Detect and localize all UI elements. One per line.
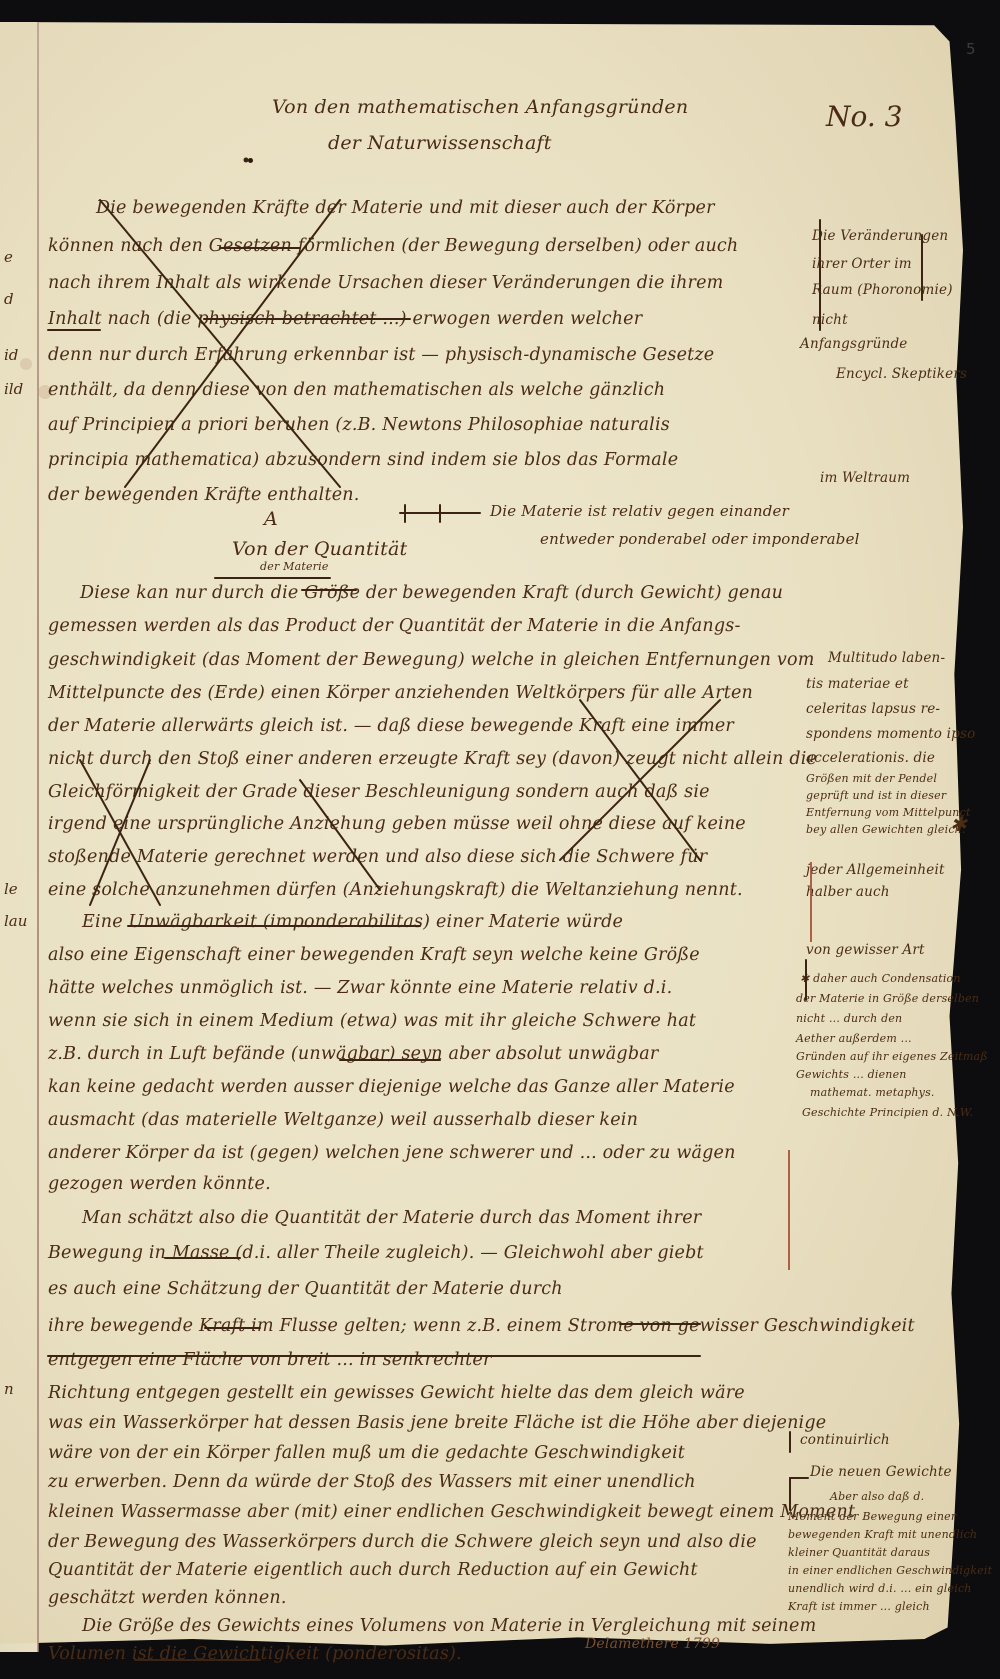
margin-note-line: halber auch [806,884,890,900]
text-line: ausmacht (das materielle Weltganze) weil… [48,1110,638,1130]
margin-note-line: accelerationis. die [806,750,935,766]
text-line: Die bewegenden Kräfte der Materie und mi… [96,198,715,218]
margin-note-line: Größen mit der Pendel [806,772,937,785]
text-line: Inhalt nach (die physisch betrachtet ...… [48,309,642,329]
text-line: kan keine gedacht werden ausser diejenig… [48,1077,735,1097]
text-line: es auch eine Schätzung der Quantität der… [48,1279,563,1299]
text-line: z.B. durch in Luft befände (unwägbar) se… [48,1044,658,1064]
margin-rule [788,1150,790,1270]
margin-note-line: Die neuen Gewichte [810,1464,952,1480]
text-line: Volumen ist die Gewichtigkeit (ponderosi… [48,1644,462,1664]
margin-note-line: bewegenden Kraft mit unendlich [788,1528,977,1541]
margin-note-line: ihrer Orter im [812,256,912,272]
margin-note-line: Aber also daß d. [830,1490,924,1503]
margin-note-line: kleiner Quantität daraus [788,1546,930,1559]
margin-note-line: von gewisser Art [806,942,925,958]
text-line: nicht durch den Stoß einer anderen erzeu… [48,749,817,769]
text-line: Man schätzt also die Quantität der Mater… [82,1208,701,1228]
text-line: entgegen eine Fläche von breit ... in se… [48,1350,492,1370]
text-line: hätte welches unmöglich ist. — Zwar könn… [48,978,672,998]
gutter-rule [37,22,39,1652]
text-line: der bewegenden Kräfte enthalten. [48,485,360,505]
text-line: Richtung entgegen gestellt ein gewisses … [48,1383,745,1403]
text-line: irgend eine ursprüngliche Anziehung gebe… [48,814,746,834]
text-line: Mittelpuncte des (Erde) einen Körper anz… [48,683,753,703]
text-line: Diese kan nur durch die Größe der bewege… [80,583,783,603]
margin-rule [810,862,812,942]
title-line-2: der Naturwissenschaft [328,132,552,154]
heading-side-note-line: Die Materie ist relativ gegen einander [490,502,789,520]
heading-side-note-line: entweder ponderabel oder imponderabel [540,530,860,548]
left-page-fragment: e [4,248,13,266]
margin-note-line: Gewichts ... dienen [796,1068,907,1081]
inline-insert: im Weltraum [820,470,910,486]
margin-note-line: continuirlich [800,1432,890,1448]
margin-note-line: tis materiae et [806,676,909,692]
text-line: Eine Unwägbarkeit (imponderabilitas) ein… [82,912,623,932]
left-page-fragment: d [4,290,14,308]
ink-stain [20,358,32,370]
section-marker: A [264,508,278,530]
text-line: der Bewegung des Wasserkörpers durch die… [48,1532,757,1552]
text-line: wenn sie sich in einem Medium (etwa) was… [48,1011,696,1031]
text-line: Quantität der Materie eigentlich auch du… [48,1560,698,1580]
margin-note-line: in einer endlichen Geschwindigkeit [788,1564,992,1577]
margin-note-line: Encycl. Skeptikers [836,366,967,382]
text-line: principia mathematica) abzusondern sind … [48,450,678,470]
margin-note-line: Kraft ist immer ... gleich [788,1600,930,1613]
text-line: denn nur durch Erfahrung erkennbar ist —… [48,345,714,365]
left-page-fragment: id [4,346,18,364]
margin-note-line: Raum (Phoronomie) [812,282,953,298]
text-line: ihre bewegende Kraft im Flusse gelten; w… [48,1316,915,1336]
margin-note-line: celeritas lapsus re- [806,701,940,717]
margin-note-line: nicht ... durch den [796,1012,902,1025]
margin-note-line: unendlich wird d.i. ... ein gleich [788,1582,972,1595]
page-number: 5 [966,40,976,58]
left-page-fragment: n [4,1380,14,1398]
text-line: gezogen werden könnte. [48,1174,271,1194]
heading-insert: der Materie [260,560,329,573]
margin-note-line: nicht [812,312,848,328]
text-line: können nach den Gesetzen förmlichen (der… [48,236,738,256]
margin-note-line: Aether außerdem ... [796,1032,912,1045]
text-line: zu erwerben. Denn da würde der Stoß des … [48,1472,696,1492]
margin-note-line: Gründen auf ihr eigenes Zeitmaß [796,1050,988,1063]
text-line: geschwindigkeit (das Moment der Bewegung… [48,650,815,670]
left-page-fragment: ild [4,380,23,398]
text-line: geschätzt werden können. [48,1588,287,1608]
text-line: also eine Eigenschaft einer bewegenden K… [48,945,700,965]
margin-note-line: Multitudo laben- [828,650,945,666]
margin-note-line: Anfangsgründe [800,336,907,352]
margin-note-line: jeder Allgemeinheit [806,862,945,878]
text-line: Die Größe des Gewichts eines Volumens vo… [82,1616,816,1636]
text-line: was ein Wasserkörper hat dessen Basis je… [48,1413,826,1433]
title-line-1: Von den mathematischen Anfangsgründen [272,96,688,118]
margin-note-line: spondens momento ipso [806,726,975,742]
text-line: anderer Körper da ist (gegen) welchen je… [48,1143,736,1163]
text-line: auf Principien a priori beruhen (z.B. Ne… [48,415,670,435]
text-line: kleinen Wassermasse aber (mit) einer end… [48,1502,855,1522]
ink-dot [248,158,253,163]
text-line: gemessen werden als das Product der Quan… [48,616,741,636]
text-line: stoßende Materie gerechnet werden und al… [48,847,707,867]
margin-note-line: Die Veränderungen [812,228,948,244]
text-line: wäre von der ein Körper fallen muß um di… [48,1443,685,1463]
left-page-fragment: lau [4,912,27,930]
margin-note-line: ✱ daher auch Condensation [800,972,961,985]
margin-note-line: der Materie in Größe derselben [796,992,979,1005]
text-line: Bewegung in Masse (d.i. aller Theile zug… [48,1243,704,1263]
asterisk-mark-icon: ✱ [950,812,967,836]
section-heading: Von der Quantität [232,538,407,560]
text-line: nach ihrem Inhalt als wirkende Ursachen … [48,273,723,293]
margin-note-line: bey allen Gewichten gleich. [806,823,966,836]
margin-note-line: geprüft und ist in dieser [806,789,946,802]
left-page-fragment: le [4,880,18,898]
text-line: eine solche anzunehmen dürfen (Anziehung… [48,880,743,900]
text-line: Gleichförmigkeit der Grade dieser Beschl… [48,782,710,802]
margin-note-line: Geschichte Principien d. N.W. [802,1106,973,1119]
margin-note-line: Entfernung vom Mittelpunct [806,806,971,819]
text-line: der Materie allerwärts gleich ist. — daß… [48,716,734,736]
signature-date: Delamethere 1799 [585,1636,720,1652]
margin-note-line: Moment der Bewegung einer [788,1510,956,1523]
margin-note-line: mathemat. metaphys. [810,1086,935,1099]
sheet-number-label: No. 3 [826,100,902,133]
text-line: enthält, da denn diese von den mathemati… [48,380,665,400]
